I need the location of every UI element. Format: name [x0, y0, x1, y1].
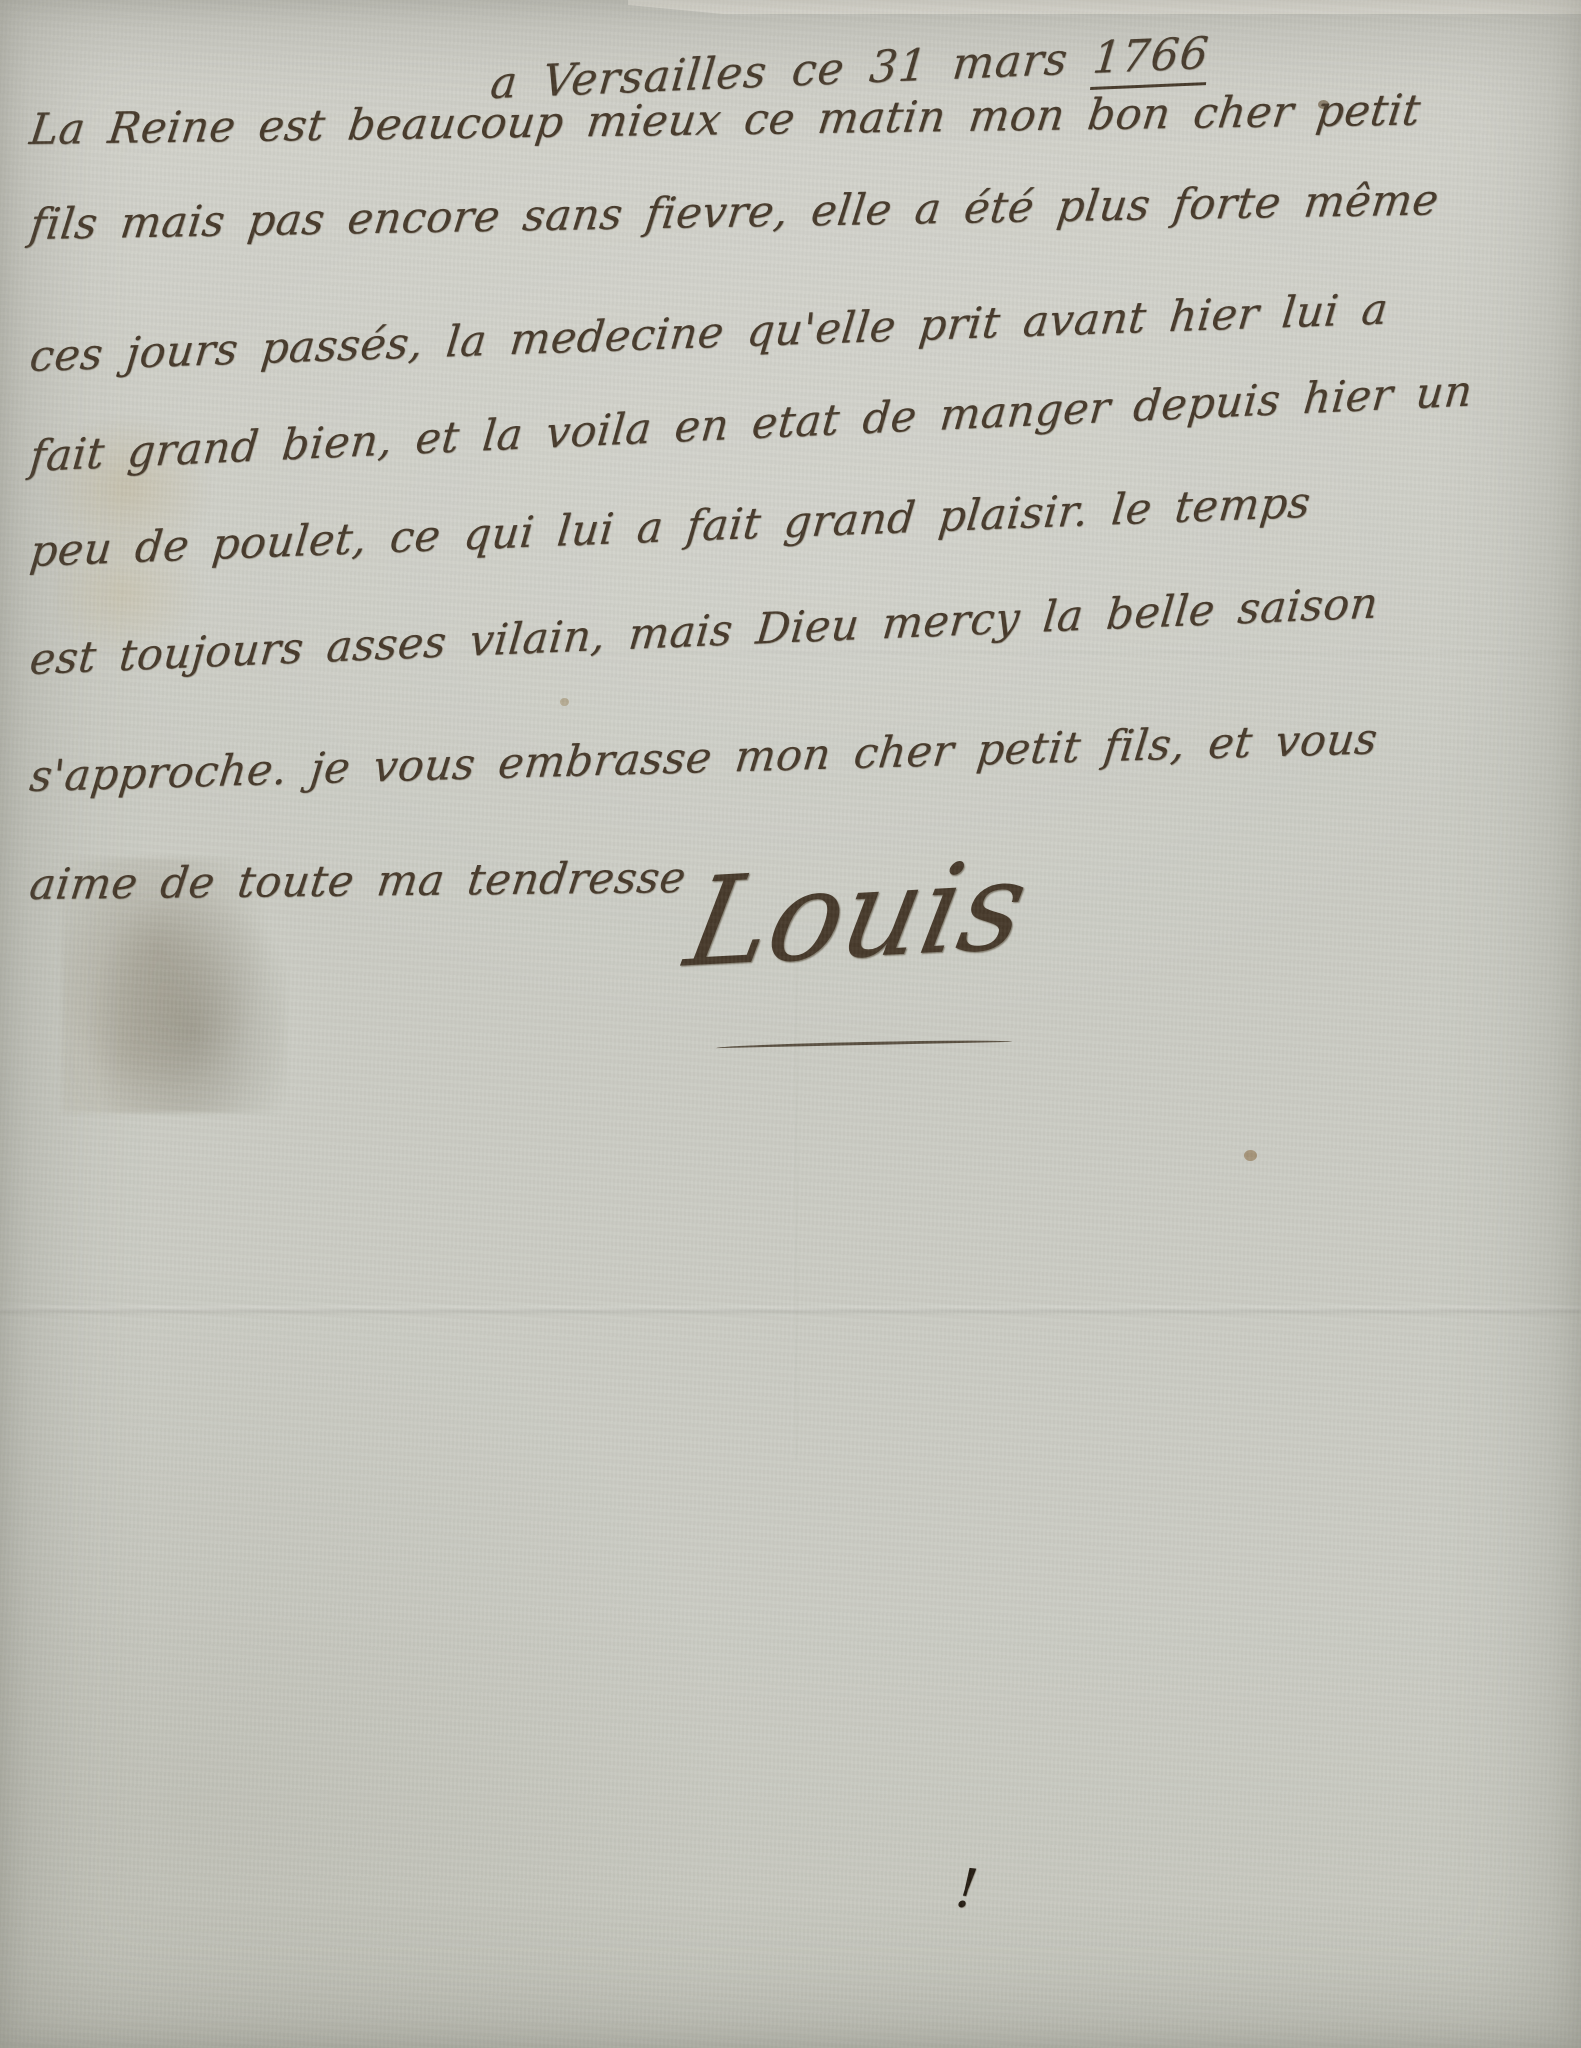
letter-line: La Reine est beaucoup mieux ce matin mon…	[27, 86, 1424, 156]
letter-line: fils mais pas encore sans fievre, elle a…	[27, 175, 1442, 250]
foxing-spot	[1244, 1150, 1257, 1161]
letter-page: a Versailles ce 31 mars 1766 La Reine es…	[0, 0, 1581, 2048]
letter-line: aime de toute ma tendresse	[27, 853, 689, 910]
letter-line: est toujours asses vilain, mais Dieu mer…	[28, 578, 1381, 685]
letter-line: s'approche. je vous embrasse mon cher pe…	[27, 714, 1380, 802]
fold-crease	[792, 940, 797, 1460]
dateline-year: 1766	[1090, 28, 1211, 90]
letter-line: ces jours passés, la medecine qu'elle pr…	[27, 284, 1390, 382]
letter-line: peu de poulet, ce qui lui a fait grand p…	[27, 478, 1313, 577]
signature: Louis	[676, 834, 1038, 995]
scan-edge	[628, 0, 1581, 14]
fold-crease	[0, 1306, 1581, 1313]
signature-underline	[716, 1039, 1012, 1048]
foxing-spot	[560, 698, 569, 706]
ink-blot-mark: !	[953, 1856, 981, 1921]
letter-line: fait grand bien, et la voila en etat de …	[28, 366, 1475, 482]
